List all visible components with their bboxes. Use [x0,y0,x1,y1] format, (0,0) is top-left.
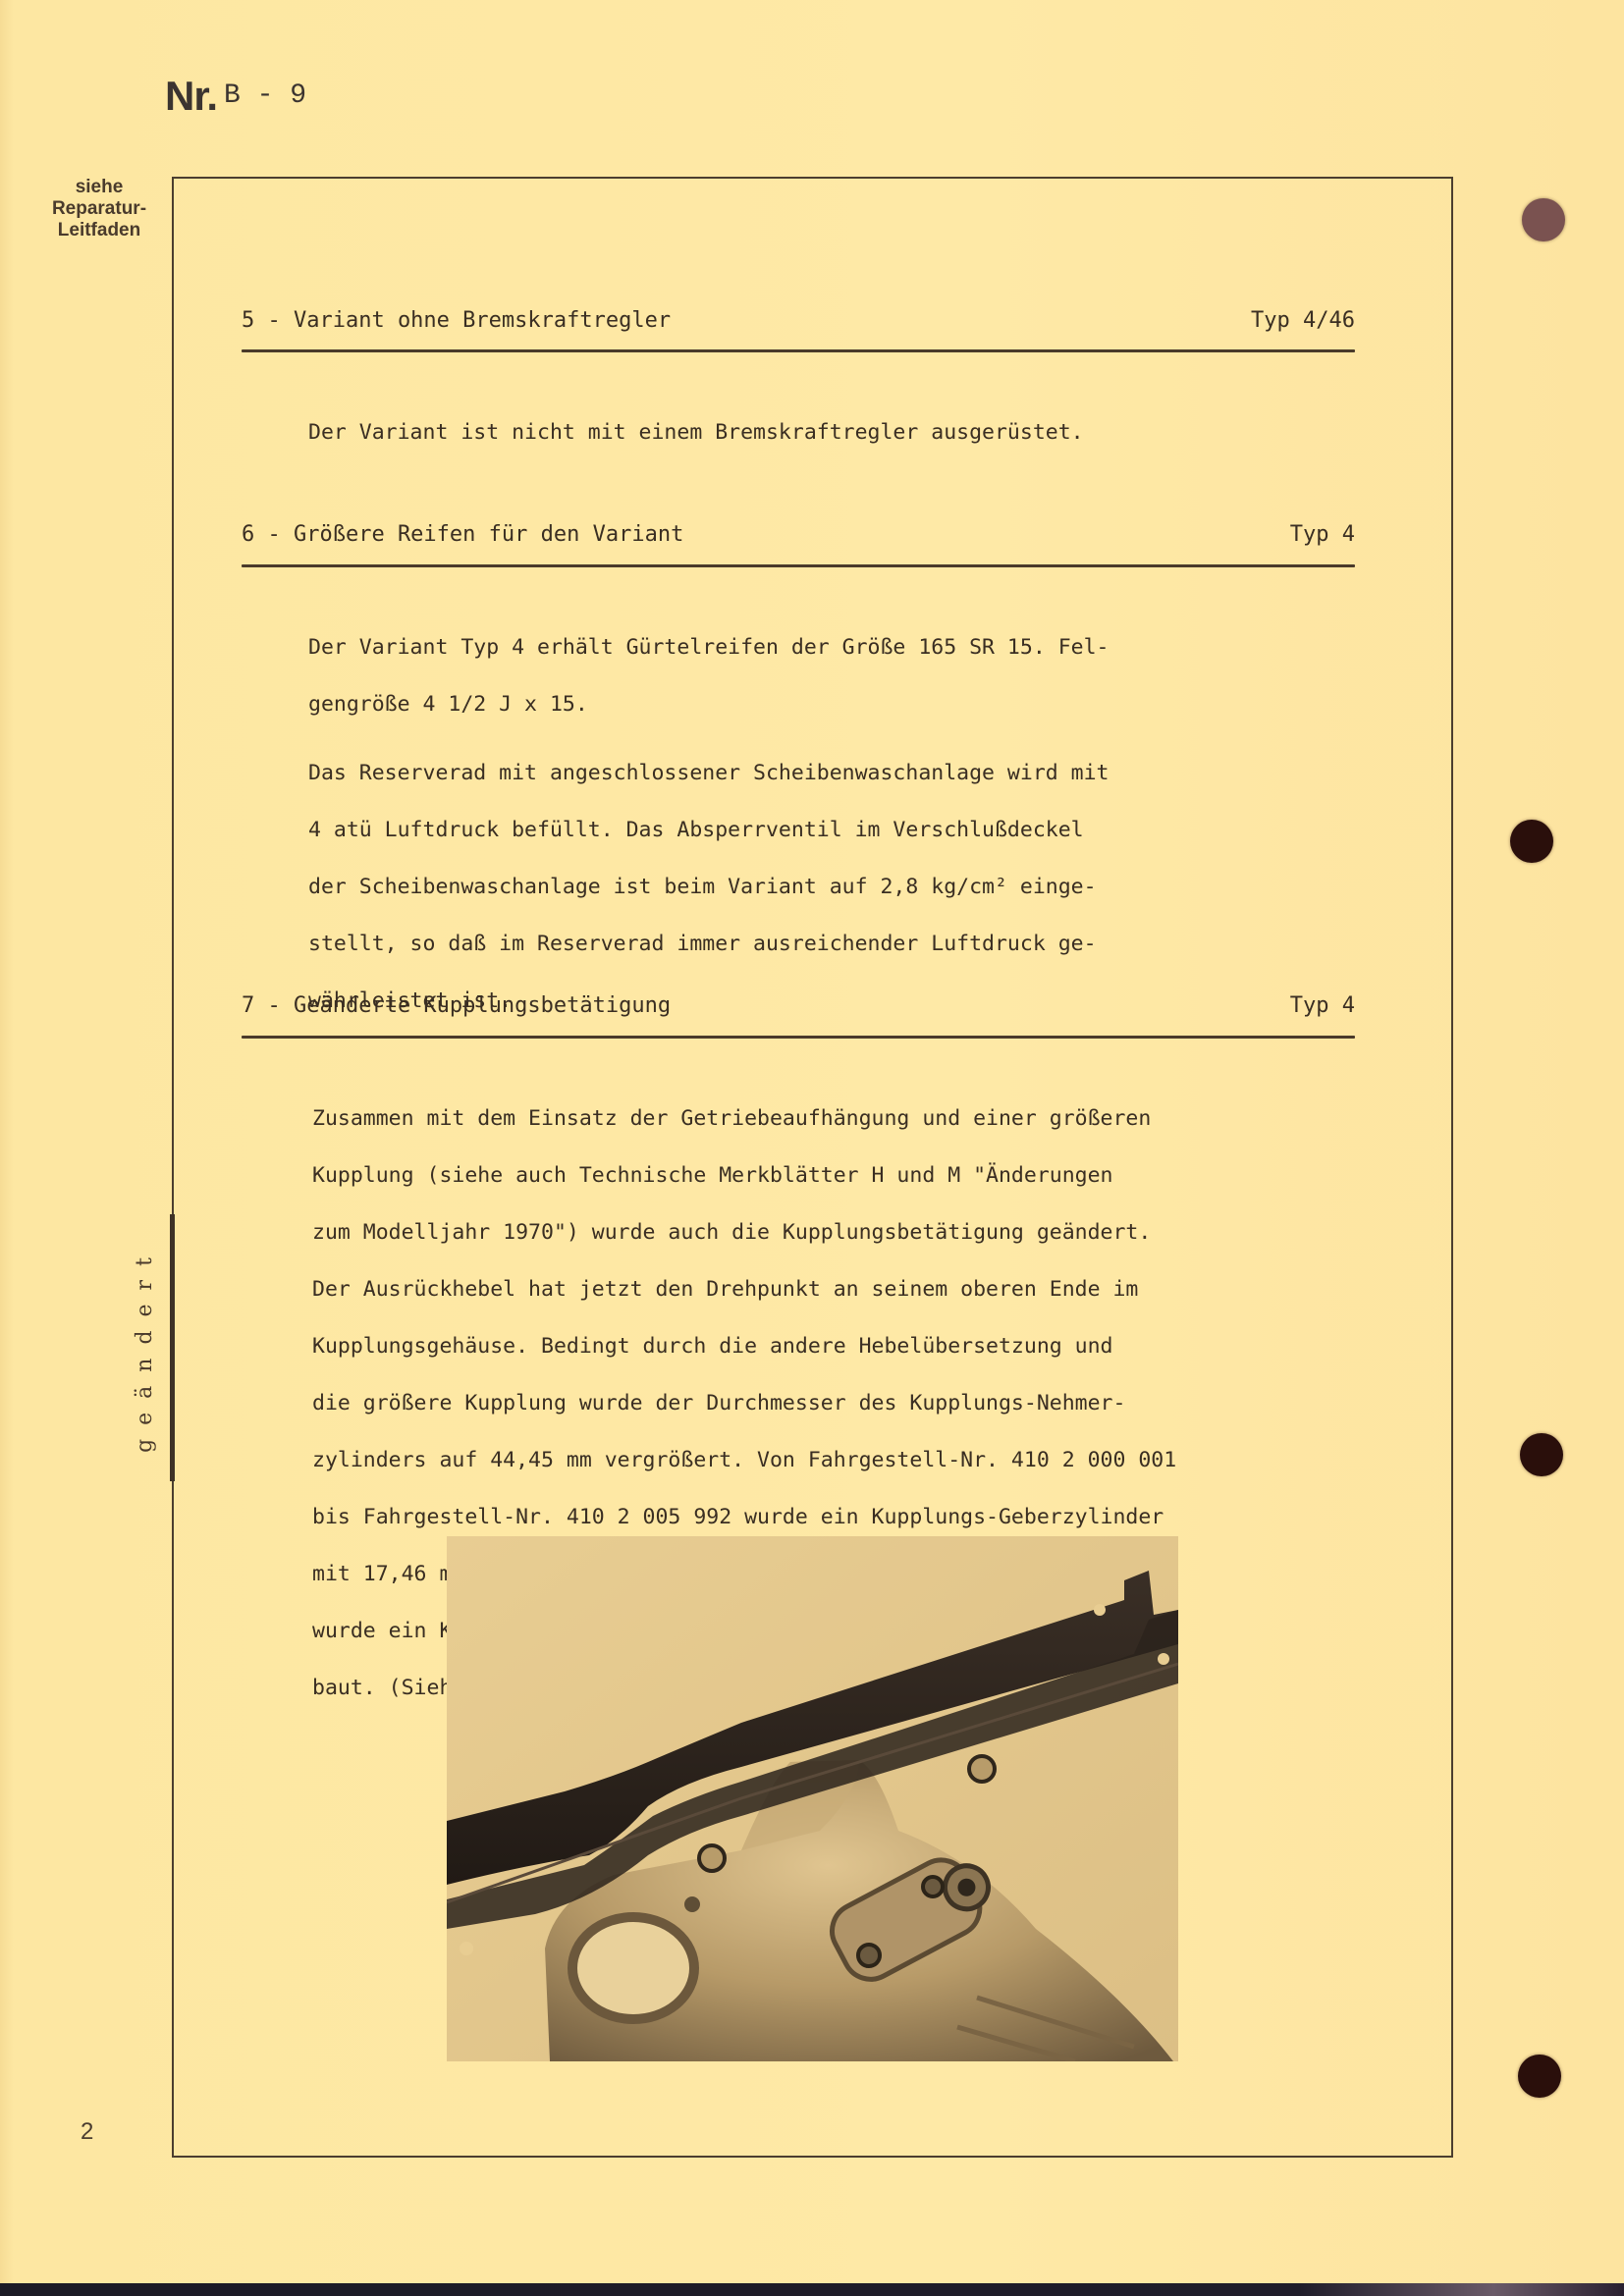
document-number-label: Nr. [165,73,217,120]
punch-hole-icon [1520,1433,1563,1476]
section-heading: 7 - Geänderte Kupplungsbetätigung Typ 4 [242,993,1355,1018]
paragraph-line: bis Fahrgestell-Nr. 410 2 005 992 wurde … [312,1503,1432,1531]
side-note-line: Leitfaden [35,220,163,241]
section-rule [242,564,1355,567]
section-paragraph: Der Variant ist nicht mit einem Bremskra… [308,390,1428,475]
paragraph-line: die größere Kupplung wurde der Durchmess… [312,1389,1432,1417]
punch-hole-icon [1518,2055,1561,2098]
section-type: Typ 4 [1290,993,1355,1018]
paragraph-line: Kupplung (siehe auch Technische Merkblät… [312,1161,1432,1190]
section-rule [242,1036,1355,1039]
paragraph-line: stellt, so daß im Reserverad immer ausre… [308,930,1428,958]
paragraph-line: 4 atü Luftdruck befüllt. Das Absperrvent… [308,816,1428,844]
section-type: Typ 4 [1290,522,1355,547]
paragraph-line: der Scheibenwaschanlage ist beim Variant… [308,873,1428,901]
page-number: 2 [81,2118,93,2146]
section-heading: 5 - Variant ohne Bremskraftregler Typ 4/… [242,308,1355,333]
section-title: 7 - Geänderte Kupplungsbetätigung [242,993,671,1018]
punch-hole-icon [1510,820,1553,863]
paragraph-line: Der Ausrückhebel hat jetzt den Drehpunkt… [312,1275,1432,1304]
side-note-line: siehe [35,177,163,198]
see-repair-manual-note: siehe Reparatur- Leitfaden [35,177,163,241]
paragraph-line: Zusammen mit dem Einsatz der Getriebeauf… [312,1104,1432,1133]
paragraph-line: zylinders auf 44,45 mm vergrößert. Von F… [312,1446,1432,1474]
change-marker: geändert [130,1214,159,1481]
section-title: 6 - Größere Reifen für den Variant [242,522,683,547]
paragraph-line: zum Modelljahr 1970") wurde auch die Kup… [312,1218,1432,1247]
paragraph-line: Kupplungsgehäuse. Bedingt durch die ande… [312,1332,1432,1361]
paragraph-line: Das Reserverad mit angeschlossener Schei… [308,759,1428,787]
change-marker-bar [170,1214,175,1481]
change-marker-text: geändert [133,1244,157,1453]
paragraph-line: gengröße 4 1/2 J x 15. [308,690,1428,719]
section-type: Typ 4/46 [1251,308,1355,333]
photo-illustration [447,1536,1178,2061]
section-heading: 6 - Größere Reifen für den Variant Typ 4 [242,522,1355,547]
section-paragraph: Der Variant Typ 4 erhält Gürtelreifen de… [308,605,1428,747]
clutch-assembly-photo [447,1536,1178,2061]
scan-bottom-edge [0,2283,1624,2296]
section-title: 5 - Variant ohne Bremskraftregler [242,308,671,333]
side-note-line: Reparatur- [35,198,163,220]
paragraph-line: Der Variant Typ 4 erhält Gürtelreifen de… [308,633,1428,662]
paragraph-line: Der Variant ist nicht mit einem Bremskra… [308,418,1428,447]
punch-hole-icon [1522,198,1565,241]
document-number: B - 9 [224,80,306,111]
section-rule [242,349,1355,352]
